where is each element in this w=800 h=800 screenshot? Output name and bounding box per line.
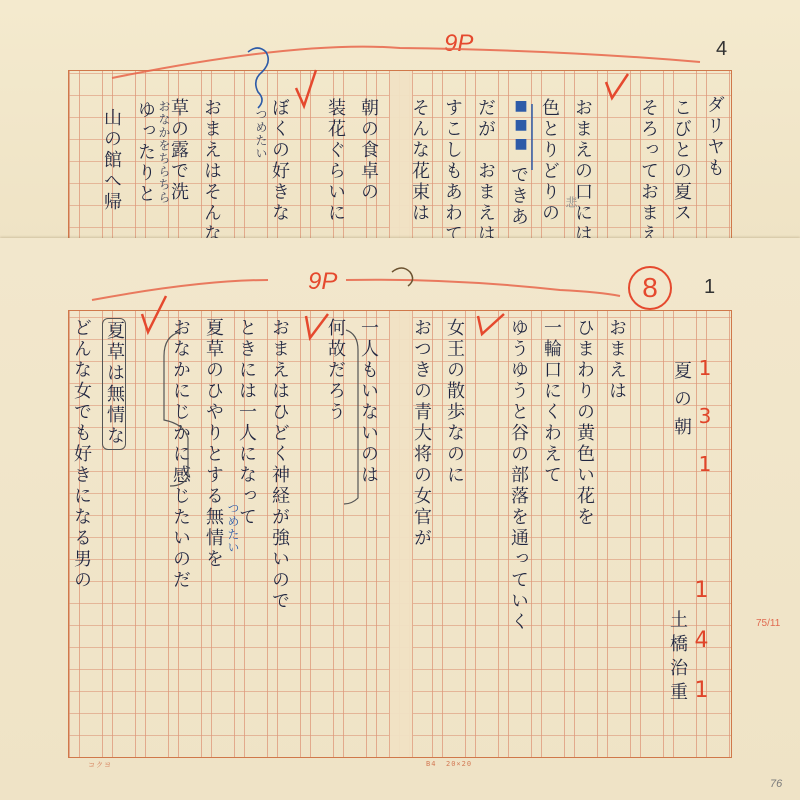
paper-brand-label: コクヨ [88,760,112,770]
top-line-19: ゆったりと [134,100,156,205]
top-blue-insertion-cold: つめたい [250,108,272,160]
circled-sheet-number: 8 [628,266,672,310]
top-line-12: 朝の食卓の [357,98,379,203]
poem-line-9: 一人もいないのは [357,318,379,486]
top-line-13: 装花ぐらいに [324,98,346,224]
red-margin-mark-1: 1 3 1 [694,356,716,476]
poem-line-13: ときには一人になって [235,318,257,528]
top-line-6: 色とりどりの [538,98,560,224]
poem-line-15: おなかにじかに感じたいのだ [169,318,191,591]
poem-author: 土橋治重 [666,610,688,706]
poem-title: 夏の朝 [670,361,692,445]
top-line-5: おまえの口には [571,98,593,245]
red-margin-mark-2: 1 4 1 [690,578,712,703]
poem-line-2: ひまわりの黄色い花を [573,318,595,528]
top-sheet-page-number: 4 [716,38,727,61]
top-line-3: そろっておまえ [637,98,659,245]
top-line-17: おまえはそんな [200,98,222,245]
paper-size-label: B4 [426,760,436,768]
top-sheet-red-page-annotation: 9P [444,30,473,58]
top-line-10: そんな花束は [408,98,430,224]
corner-note-pencil: 76 [770,778,782,790]
poem-line-7: おつきの青大将の女官が [410,318,432,549]
top-manuscript-sheet: 9P 4 ダリヤも こびとの夏ス そろっておまえ おまえの口には 色とりどりの … [0,0,800,240]
top-line-7: できあ [507,165,529,228]
paper-grid-label: 20×20 [446,760,472,768]
poem-line-10: 何故だろう [324,318,346,423]
poem-blue-insertion: つめたい [222,502,244,554]
top-line-1: ダリヤも [703,95,725,179]
poem-line-1: おまえは [605,318,627,402]
top-line-7-struck: ■■■ [510,98,532,155]
bottom-sheet-page-number: 1 [704,276,715,299]
top-small-insertion: おなかをちらちら [153,100,175,204]
poem-line-4: ゆうゆうと谷の部落を通っていく [507,318,529,633]
top-grey-insertion-sad: 悲 [560,196,582,209]
poem-line-14: 夏草のひやりとする無情を [202,318,224,570]
poem-line-18: どんな女でも好きになる男の [70,318,92,591]
top-line-20: 山の館へ帰 [100,108,122,213]
poem-line-3: 一輪口にくわえて [540,318,562,486]
poem-line-6: 女王の散歩なのに [443,318,465,486]
corner-note-red: 75/11 [756,618,780,629]
top-line-8: だが おまえは [474,98,496,245]
top-line-9: すこしもあわて [441,98,463,245]
bottom-manuscript-sheet: 9P 8 1 夏の朝 1 3 1 1 4 1 土橋治重 おまえは ひまわりの黄色… [0,238,800,800]
poem-line-12: おまえはひどく神経が強いので [268,318,290,612]
bottom-sheet-grid-frame [68,310,732,758]
top-line-2: こびとの夏ス [670,98,692,224]
poem-line-17: 夏草は無情な [102,318,126,450]
bottom-sheet-red-page-annotation: 9P [308,268,337,296]
